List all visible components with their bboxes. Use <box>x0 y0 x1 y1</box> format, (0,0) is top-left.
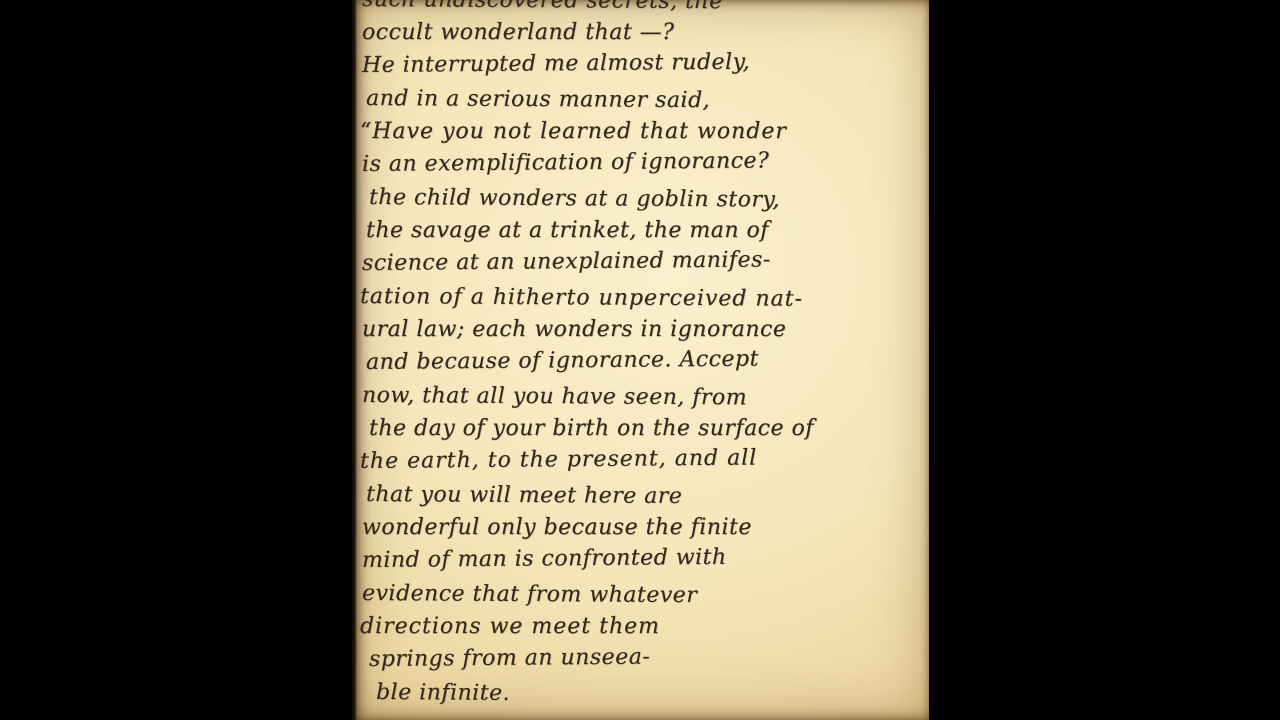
video-frame: such undiscovered secrets, the occult wo… <box>0 0 1280 720</box>
manuscript-line: that you will meet here are <box>366 478 922 514</box>
manuscript-page: such undiscovered secrets, the occult wo… <box>352 0 929 720</box>
letterbox-left <box>0 0 352 720</box>
manuscript-line: mind of man is confronted with <box>362 539 922 577</box>
manuscript-line: such undiscovered secrets, the <box>362 0 922 19</box>
manuscript-line: and in a serious manner said, <box>366 82 922 118</box>
manuscript-line: the child wonders at a goblin story, <box>369 181 922 217</box>
manuscript-line: science at an unexplained manifes- <box>362 242 922 280</box>
manuscript-line: He interrupted me almost rudely, <box>362 44 922 82</box>
manuscript-line: ble infinite. <box>376 676 922 712</box>
letterbox-right <box>929 0 1280 720</box>
paper-left-edge-shadow <box>352 0 357 720</box>
manuscript-line: the earth, to the present, and all <box>360 440 922 478</box>
manuscript-line: evidence that from whatever <box>362 577 922 613</box>
manuscript-line: is an exemplification of ignorance? <box>362 143 922 181</box>
manuscript-line: and because of ignorance. Accept <box>366 341 922 379</box>
manuscript-line: tation of a hitherto unperceived nat- <box>360 280 922 316</box>
manuscript-line: now, that all you have seen, from <box>362 379 922 415</box>
manuscript-line: springs from an unseea- <box>369 638 922 676</box>
handwritten-text-block: such undiscovered secrets, the occult wo… <box>362 0 922 709</box>
